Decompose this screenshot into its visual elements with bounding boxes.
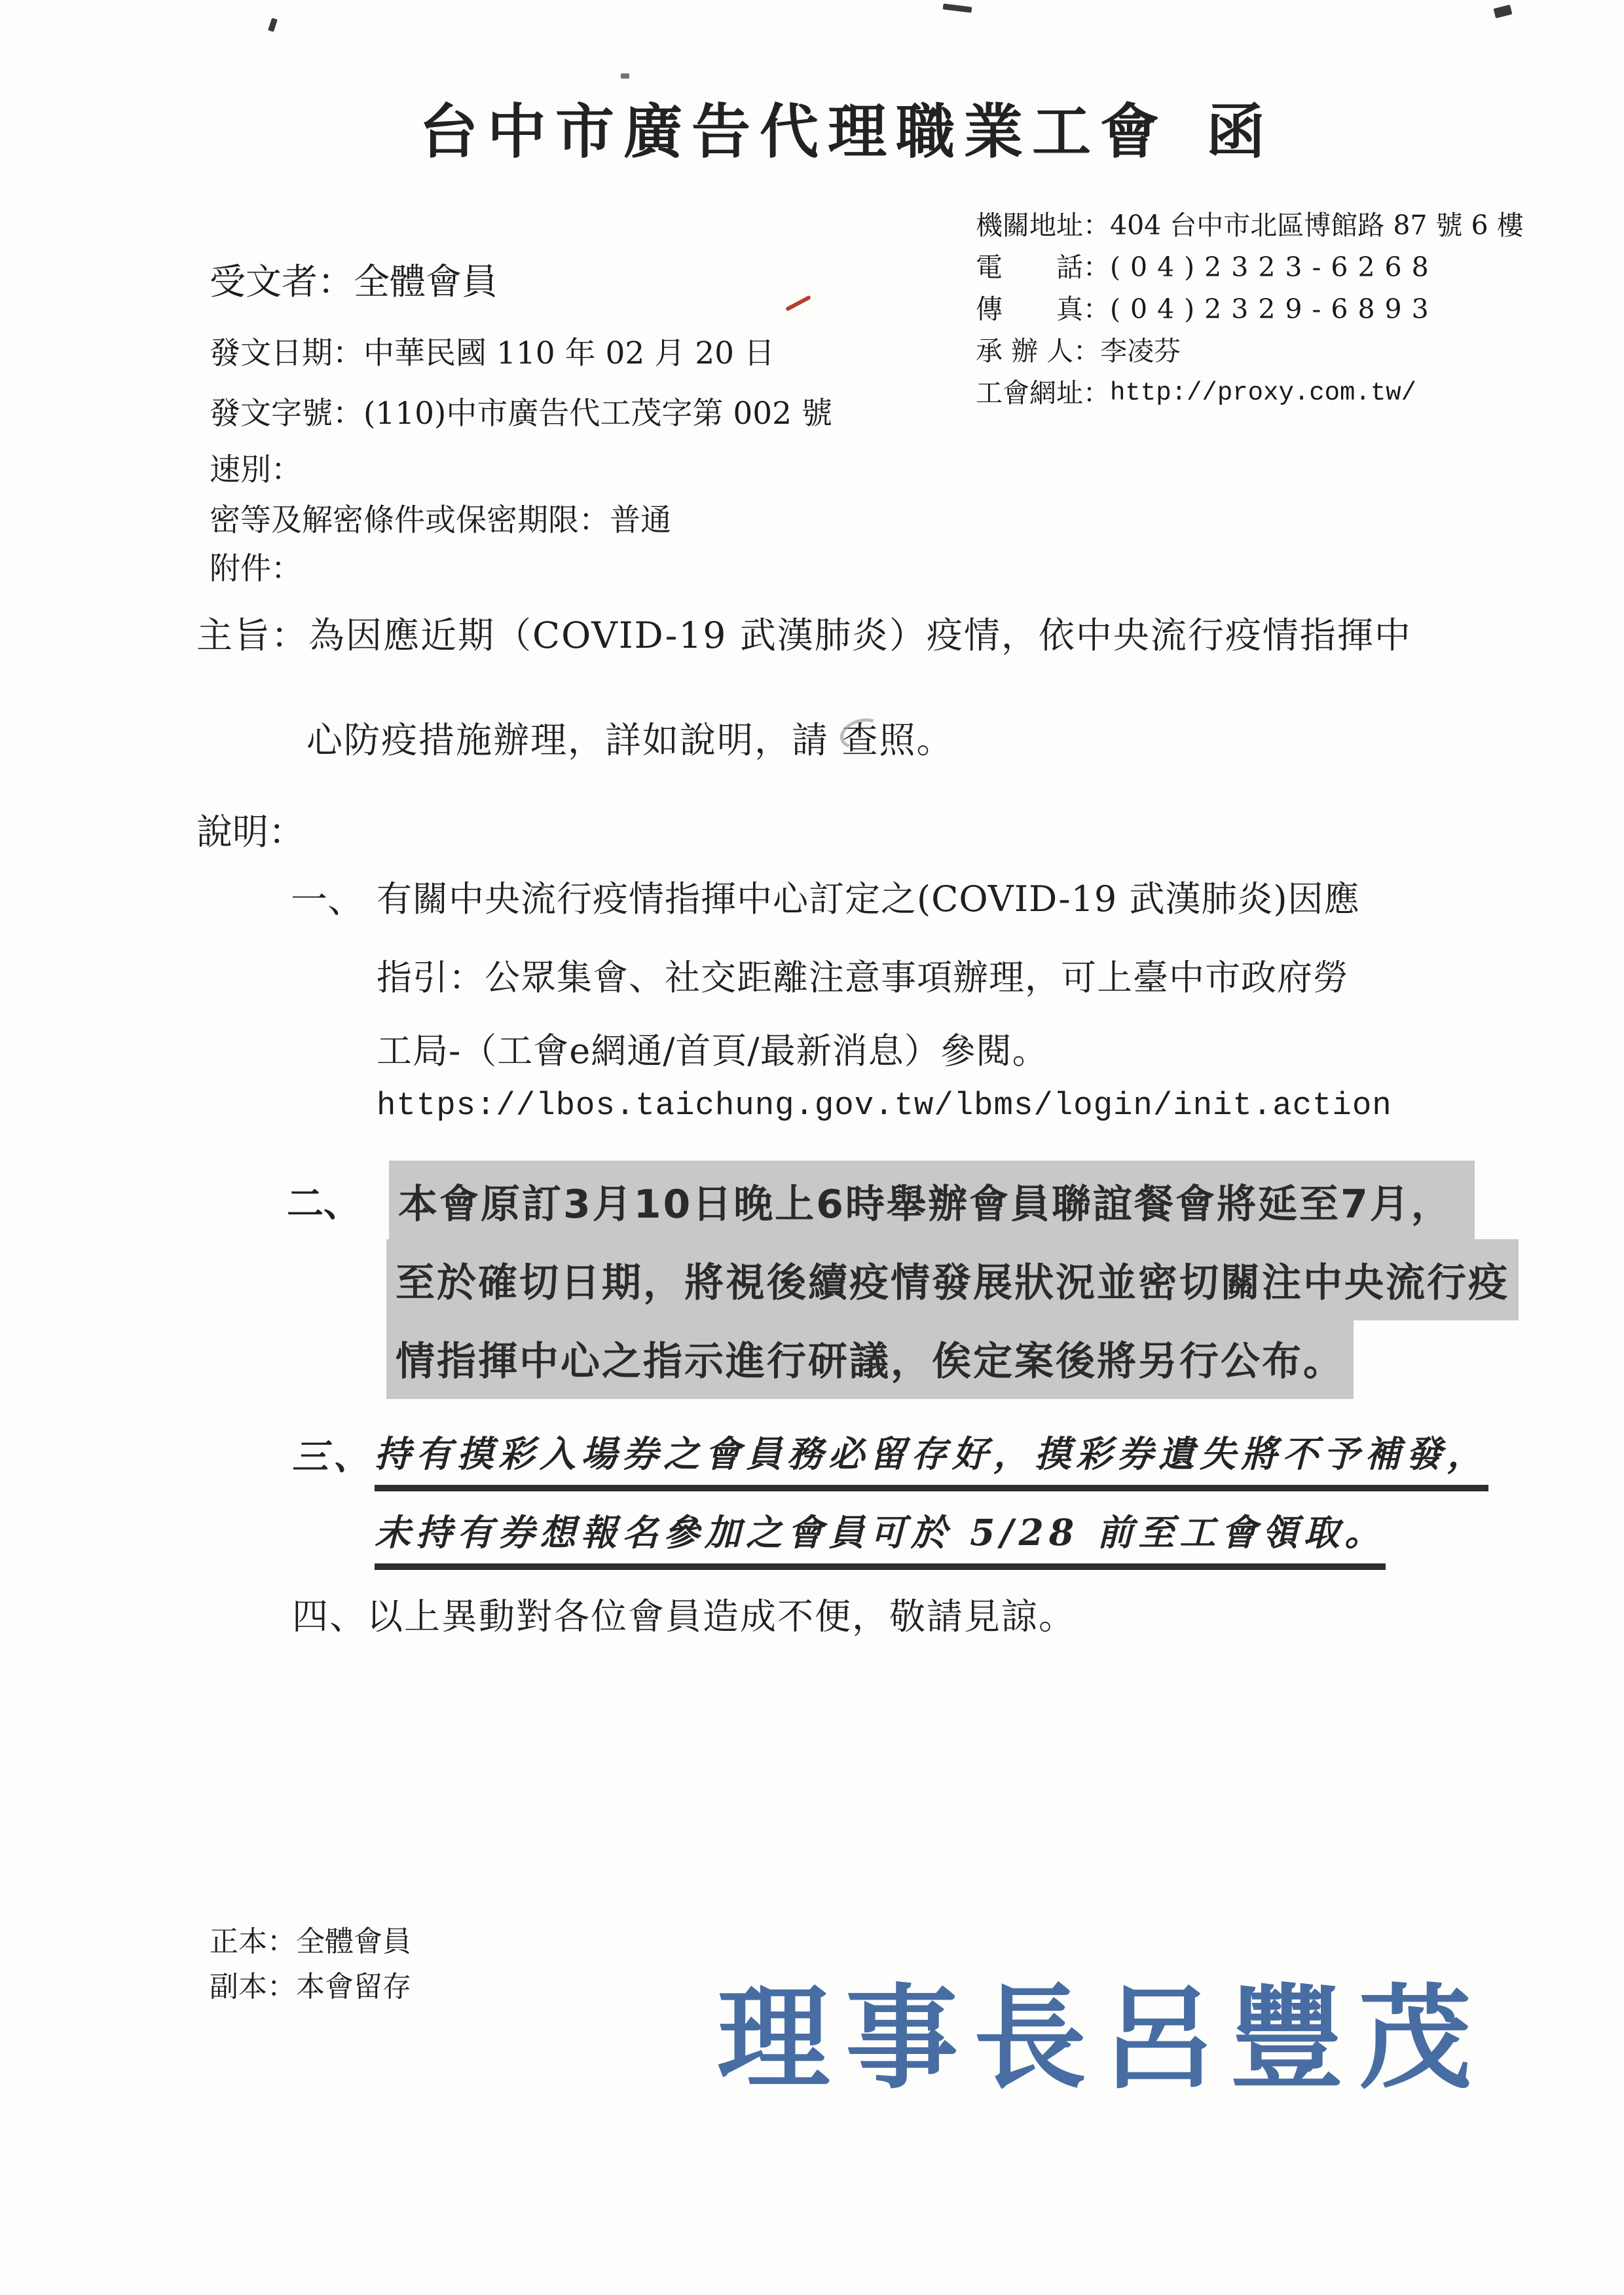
agency-phone-row: 電 話： (04)2323-6268	[976, 246, 1524, 288]
item-1-line-1: 有關中央流行疫情指揮中心訂定之(COVID-19 武漢肺炎)因應	[377, 871, 1360, 922]
document-type-label: 函	[1206, 97, 1274, 166]
item-2-highlight-line-1: 本會原訂3月10日晚上6時舉辦會員聯誼餐會將延至7月，	[389, 1161, 1475, 1242]
item-1-line-2: 指引：公眾集會、社交距離注意事項辦理，可上臺中市政府勞	[377, 950, 1349, 1000]
agency-fax-row: 傳 真： (04)2329-6893	[976, 288, 1524, 330]
document-title: 台中市廣告代理職業工會函	[419, 84, 1274, 169]
organization-name: 台中市廣告代理職業工會	[419, 97, 1168, 166]
item-1-line-3: 工局-（工會e網通/首頁/最新消息）參閱。	[377, 1023, 1048, 1073]
agency-address-row: 機關地址： 404 台中市北區博館路 87 號 6 樓	[976, 204, 1524, 246]
scan-speck	[1494, 5, 1513, 18]
subject-line-1: 主旨：為因應近期（COVID-19 武漢肺炎）疫情，依中央流行疫情指揮中	[196, 606, 1412, 658]
scan-speck	[943, 3, 972, 12]
agency-website-value: http://proxy.com.tw/	[1110, 372, 1416, 414]
agency-phone-value: (04)2323-6268	[1110, 246, 1439, 288]
agency-address-value: 404 台中市北區博館路 87 號 6 樓	[1110, 204, 1524, 246]
secrecy-line: 密等及解密條件或保密期限：普通	[210, 496, 671, 540]
agency-contact-label: 承 辦 人：	[976, 330, 1100, 372]
attachment-line: 附件：	[210, 544, 302, 588]
item-3-number: 三、	[292, 1428, 375, 1480]
explanation-heading: 說明：	[196, 803, 304, 855]
scanned-letter-page: 台中市廣告代理職業工會函 機關地址： 404 台中市北區博館路 87 號 6 樓…	[0, 0, 1624, 2295]
agency-website-row: 工會網址： http://proxy.com.tw/	[976, 372, 1524, 414]
item-4-line: 四、以上異動對各位會員造成不便，敬請見諒。	[292, 1588, 1076, 1639]
item-1-number: 一、	[291, 871, 364, 924]
red-pen-mark	[785, 295, 811, 311]
item-2-number: 二、	[287, 1175, 360, 1227]
agency-phone-label: 電 話：	[976, 246, 1110, 288]
chairman-signature: 理事長呂豐茂	[717, 1949, 1487, 2110]
recipient-line: 受文者：全體會員	[210, 253, 498, 305]
agency-info-block: 機關地址： 404 台中市北區博館路 87 號 6 樓 電 話： (04)232…	[976, 204, 1524, 414]
item-2-highlight-line-2: 至於確切日期，將視後續疫情發展狀況並密切關注中央流行疫	[386, 1239, 1519, 1320]
original-copy-line: 正本：全體會員	[210, 1918, 411, 1960]
scan-speck	[621, 73, 629, 79]
item-1-url-text: https://lbos.taichung.gov.tw/lbms/login/…	[377, 1087, 1392, 1124]
scan-speck	[268, 18, 278, 32]
issue-date-line: 發文日期：中華民國 110 年 02 月 20 日	[210, 329, 775, 373]
doc-number-line: 發文字號：(110)中市廣告代工茂字第 002 號	[210, 389, 832, 433]
item-3-underlined-line-2: 未持有券想報名參加之會員可於 5/28 前至工會領取。	[375, 1504, 1386, 1570]
agency-fax-label: 傳 真：	[976, 288, 1110, 330]
duplicate-copy-line: 副本：本會留存	[210, 1963, 411, 2005]
agency-contact-row: 承 辦 人： 李凌芬	[976, 330, 1524, 372]
agency-website-label: 工會網址：	[976, 372, 1110, 414]
item-2-highlight-line-3: 情指揮中心之指示進行研議，俟定案後將另行公布。	[386, 1318, 1354, 1399]
agency-fax-value: (04)2329-6893	[1110, 288, 1439, 330]
agency-address-label: 機關地址：	[976, 204, 1110, 246]
item-3-underlined-line-1: 持有摸彩入場券之會員務必留存好，摸彩券遺失將不予補發，	[375, 1425, 1488, 1491]
agency-contact-value: 李凌芬	[1100, 330, 1181, 372]
speed-line: 速別：	[210, 445, 302, 489]
